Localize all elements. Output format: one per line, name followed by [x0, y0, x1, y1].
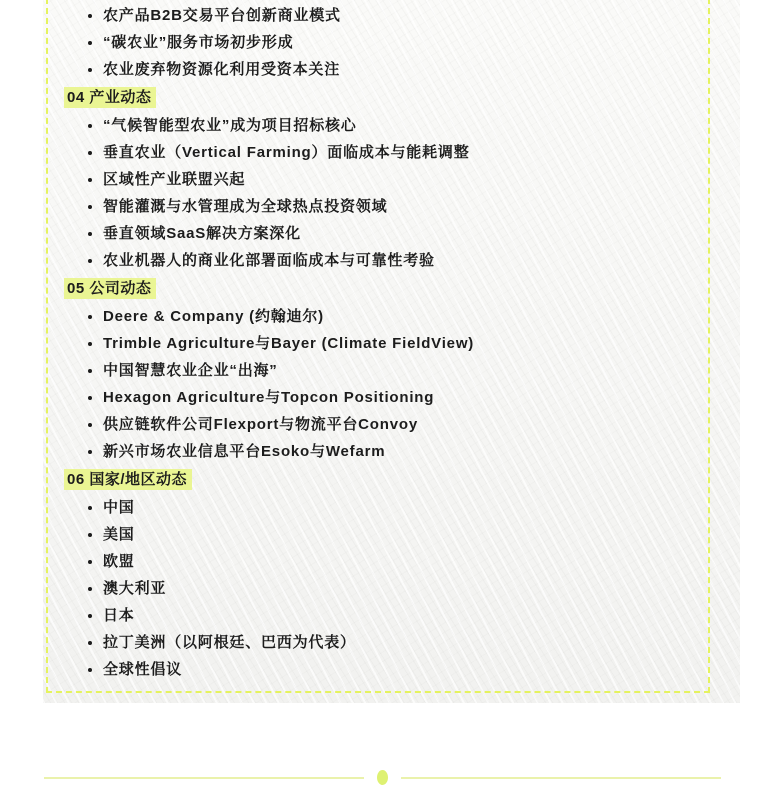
toc-item: 供应链软件公司Flexport与物流平台Convoy — [64, 411, 698, 438]
toc-item: 美国 — [64, 521, 698, 548]
bullet-dot-icon — [88, 369, 92, 373]
toc-item-label: 日本 — [103, 607, 135, 625]
toc-item-label: 中国智慧农业企业“出海” — [103, 362, 278, 380]
toc-item-label: 农业废弃物资源化利用受资本关注 — [103, 61, 340, 79]
bullet-dot-icon — [88, 533, 92, 537]
toc-item-label: 全球性倡议 — [103, 661, 182, 679]
bullet-dot-icon — [88, 41, 92, 45]
divider-line-left — [44, 777, 364, 779]
toc-dashed-box: 农产品B2B交易平台创新商业模式 “碳农业”服务市场初步形成 农业废弃物资源化利… — [46, 0, 710, 693]
bullet-dot-icon — [88, 587, 92, 591]
section-header-label: 04 产业动态 — [64, 87, 156, 108]
toc-item-label: 中国 — [103, 499, 135, 517]
toc-item-label: 拉丁美洲（以阿根廷、巴西为代表） — [103, 634, 356, 652]
toc-content: 农产品B2B交易平台创新商业模式 “碳农业”服务市场初步形成 农业废弃物资源化利… — [48, 0, 708, 683]
toc-item: 智能灌溉与水管理成为全球热点投资领域 — [64, 193, 698, 220]
bullet-dot-icon — [88, 315, 92, 319]
toc-item: 中国 — [64, 494, 698, 521]
bullet-dot-icon — [88, 14, 92, 18]
bullet-dot-icon — [88, 614, 92, 618]
bullet-dot-icon — [88, 641, 92, 645]
bullet-dot-icon — [88, 178, 92, 182]
toc-item-label: “气候智能型农业”成为项目招标核心 — [103, 117, 357, 135]
toc-item-label: 垂直领域SaaS解决方案深化 — [103, 225, 301, 243]
toc-item-label: Trimble Agriculture与Bayer (Climate Field… — [103, 335, 474, 353]
bullet-dot-icon — [88, 506, 92, 510]
toc-item: 垂直领域SaaS解决方案深化 — [64, 220, 698, 247]
toc-item: Trimble Agriculture与Bayer (Climate Field… — [64, 330, 698, 357]
toc-item: 拉丁美洲（以阿根廷、巴西为代表） — [64, 629, 698, 656]
divider-line-right — [401, 777, 721, 779]
bullet-dot-icon — [88, 342, 92, 346]
bullet-dot-icon — [88, 205, 92, 209]
toc-item-label: “碳农业”服务市场初步形成 — [103, 34, 293, 52]
toc-item: 农产品B2B交易平台创新商业模式 — [64, 2, 698, 29]
footer-divider — [44, 769, 721, 786]
toc-item: 中国智慧农业企业“出海” — [64, 357, 698, 384]
toc-item-label: 农产品B2B交易平台创新商业模式 — [103, 7, 341, 25]
toc-item: “碳农业”服务市场初步形成 — [64, 29, 698, 56]
toc-item: 全球性倡议 — [64, 656, 698, 683]
paper-texture-background: 农产品B2B交易平台创新商业模式 “碳农业”服务市场初步形成 农业废弃物资源化利… — [43, 0, 740, 703]
toc-item: 澳大利亚 — [64, 575, 698, 602]
toc-item: Deere & Company (约翰迪尔) — [64, 303, 698, 330]
bullet-dot-icon — [88, 68, 92, 72]
bullet-dot-icon — [88, 124, 92, 128]
toc-item-label: 供应链软件公司Flexport与物流平台Convoy — [103, 416, 418, 434]
section-header-label: 06 国家/地区动态 — [64, 469, 192, 490]
toc-item: 农业废弃物资源化利用受资本关注 — [64, 56, 698, 83]
toc-item: 垂直农业（Vertical Farming）面临成本与能耗调整 — [64, 139, 698, 166]
divider-dot-icon — [377, 770, 388, 785]
toc-item: 农业机器人的商业化部署面临成本与可靠性考验 — [64, 247, 698, 274]
bullet-dot-icon — [88, 151, 92, 155]
bullet-dot-icon — [88, 259, 92, 263]
bullet-dot-icon — [88, 450, 92, 454]
toc-item-label: 欧盟 — [103, 553, 135, 571]
section-header-04: 04 产业动态 — [64, 83, 698, 112]
toc-item: “气候智能型农业”成为项目招标核心 — [64, 112, 698, 139]
section-header-06: 06 国家/地区动态 — [64, 465, 698, 494]
toc-item: 日本 — [64, 602, 698, 629]
toc-item-label: 新兴市场农业信息平台Esoko与Wefarm — [103, 443, 385, 461]
toc-item: Hexagon Agriculture与Topcon Positioning — [64, 384, 698, 411]
toc-item-label: 美国 — [103, 526, 135, 544]
bullet-dot-icon — [88, 396, 92, 400]
toc-item-label: 垂直农业（Vertical Farming）面临成本与能耗调整 — [103, 144, 470, 162]
bullet-dot-icon — [88, 232, 92, 236]
toc-item-label: 智能灌溉与水管理成为全球热点投资领域 — [103, 198, 387, 216]
toc-item: 新兴市场农业信息平台Esoko与Wefarm — [64, 438, 698, 465]
toc-item: 区域性产业联盟兴起 — [64, 166, 698, 193]
article-page: 农产品B2B交易平台创新商业模式 “碳农业”服务市场初步形成 农业废弃物资源化利… — [0, 0, 781, 791]
section-header-label: 05 公司动态 — [64, 278, 156, 299]
toc-item-label: 农业机器人的商业化部署面临成本与可靠性考验 — [103, 252, 435, 270]
bullet-dot-icon — [88, 560, 92, 564]
toc-item-label: Deere & Company (约翰迪尔) — [103, 308, 324, 326]
toc-item-label: 区域性产业联盟兴起 — [103, 171, 245, 189]
toc-item: 欧盟 — [64, 548, 698, 575]
toc-item-label: 澳大利亚 — [103, 580, 166, 598]
toc-item-label: Hexagon Agriculture与Topcon Positioning — [103, 389, 434, 407]
bullet-dot-icon — [88, 668, 92, 672]
bullet-dot-icon — [88, 423, 92, 427]
section-header-05: 05 公司动态 — [64, 274, 698, 303]
